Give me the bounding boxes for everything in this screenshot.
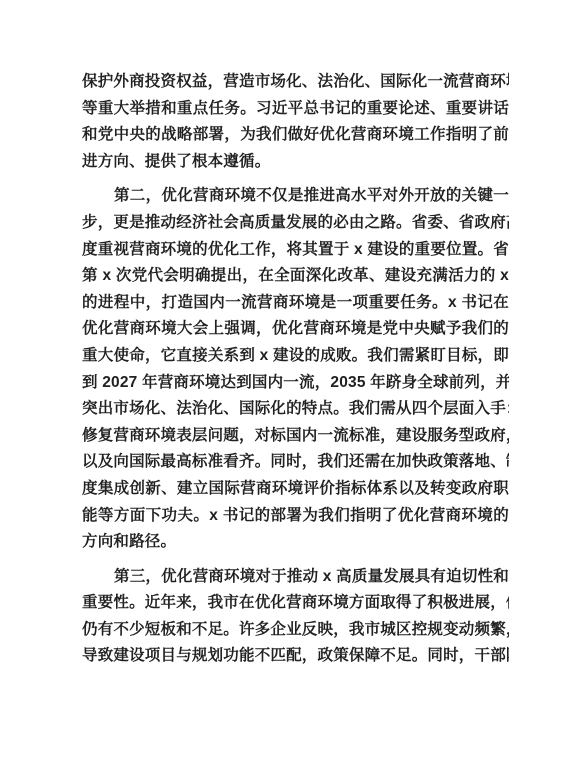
text-line: 的进程中，打造国内一流营商环境是一项重要任务。x 书记在 <box>82 290 509 317</box>
paragraph-1: 保护外商投资权益，营造市场化、法治化、国际化一流营商环境” 等重大举措和重点任务… <box>82 69 509 175</box>
text-line: 仍有不少短板和不足。许多企业反映，我市城区控规变动频繁， <box>82 617 509 644</box>
text-line: 重大使命，它直接关系到 x 建设的成败。我们需紧盯目标，即 <box>82 343 509 370</box>
text-line: 步，更是推动经济社会高质量发展的必由之路。省委、省政府高 <box>82 210 509 237</box>
document-text-block: 保护外商投资权益，营造市场化、法治化、国际化一流营商环境” 等重大举措和重点任务… <box>82 69 509 670</box>
text-line: 修复营商环境表层问题，对标国内一流标准，建设服务型政府， <box>82 423 509 450</box>
text-line: 第三，优化营商环境对于推动 x 高质量发展具有迫切性和 <box>82 564 509 591</box>
text-line: 等重大举措和重点任务。习近平总书记的重要论述、重要讲话 <box>82 96 509 123</box>
text-line: 第二，优化营商环境不仅是推进高水平对外开放的关键一 <box>82 183 509 210</box>
paragraph-2: 第二，优化营商环境不仅是推进高水平对外开放的关键一 步，更是推动经济社会高质量发… <box>82 183 509 555</box>
text-line: 度重视营商环境的优化工作，将其置于 x 建设的重要位置。省 <box>82 237 509 264</box>
text-line: 方向和路径。 <box>82 529 509 556</box>
text-line: 以及向国际最高标准看齐。同时，我们还需在加快政策落地、制 <box>82 449 509 476</box>
text-line: 度集成创新、建立国际营商环境评价指标体系以及转变政府职 <box>82 476 509 503</box>
document-page: 保护外商投资权益，营造市场化、法治化、国际化一流营商环境” 等重大举措和重点任务… <box>0 0 586 759</box>
text-line: 进方向、提供了根本遵循。 <box>82 149 509 176</box>
paragraph-3: 第三，优化营商环境对于推动 x 高质量发展具有迫切性和 重要性。近年来，我市在优… <box>82 564 509 670</box>
text-line: 到 2027 年营商环境达到国内一流，2035 年跻身全球前列，并 <box>82 370 509 397</box>
text-line: 能等方面下功夫。x 书记的部署为我们指明了优化营商环境的 <box>82 503 509 530</box>
text-line: 重要性。近年来，我市在优化营商环境方面取得了积极进展，但 <box>82 590 509 617</box>
text-line: 保护外商投资权益，营造市场化、法治化、国际化一流营商环境” <box>82 69 509 96</box>
text-line: 突出市场化、法治化、国际化的特点。我们需从四个层面入手： <box>82 396 509 423</box>
text-line: 导致建设项目与规划功能不匹配，政策保障不足。同时，干部队 <box>82 643 509 670</box>
text-line: 优化营商环境大会上强调，优化营商环境是党中央赋予我们的 <box>82 316 509 343</box>
text-line: 第 x 次党代会明确提出，在全面深化改革、建设充满活力的 x <box>82 263 509 290</box>
text-line: 和党中央的战略部署，为我们做好优化营商环境工作指明了前 <box>82 122 509 149</box>
